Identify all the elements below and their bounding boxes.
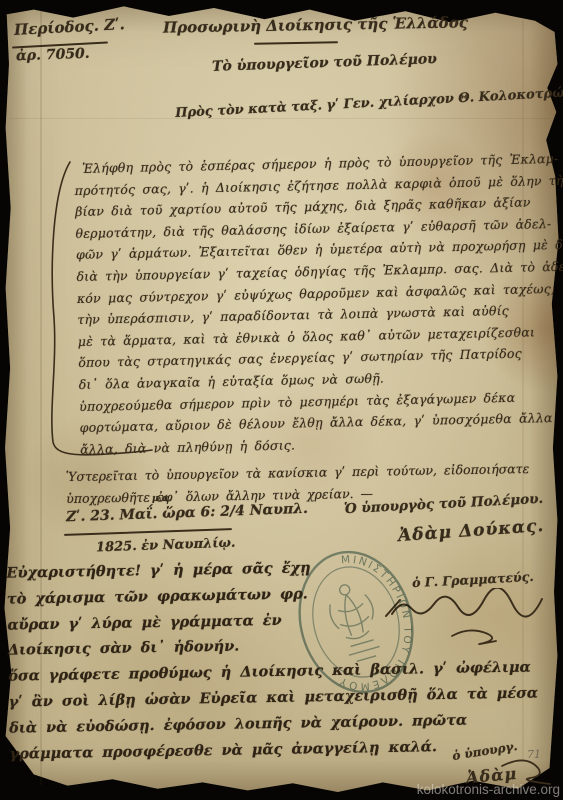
document-photo: Περίοδος. Ζʹ. ἀρ. 7050. Προσωρινὴ Διοίκη… <box>0 0 563 800</box>
letter-body: Ἐλήφθη πρὸς τὸ ἑσπέρας σήμερον ἡ πρὸς τὸ… <box>74 148 563 460</box>
protocol-number: ἀρ. 7050. <box>16 46 90 65</box>
folio-page-number: 71 <box>527 748 541 761</box>
archive-watermark: kolokotronis-archive.org <box>417 782 560 797</box>
date-superscript: μ.α. <box>152 494 172 504</box>
postscript: Εὐχαριστήθητε! γʹ ἡ μέρα σᾶς ἔχῃ τὸ χάρι… <box>6 551 539 767</box>
horizontal-crease <box>10 118 550 119</box>
